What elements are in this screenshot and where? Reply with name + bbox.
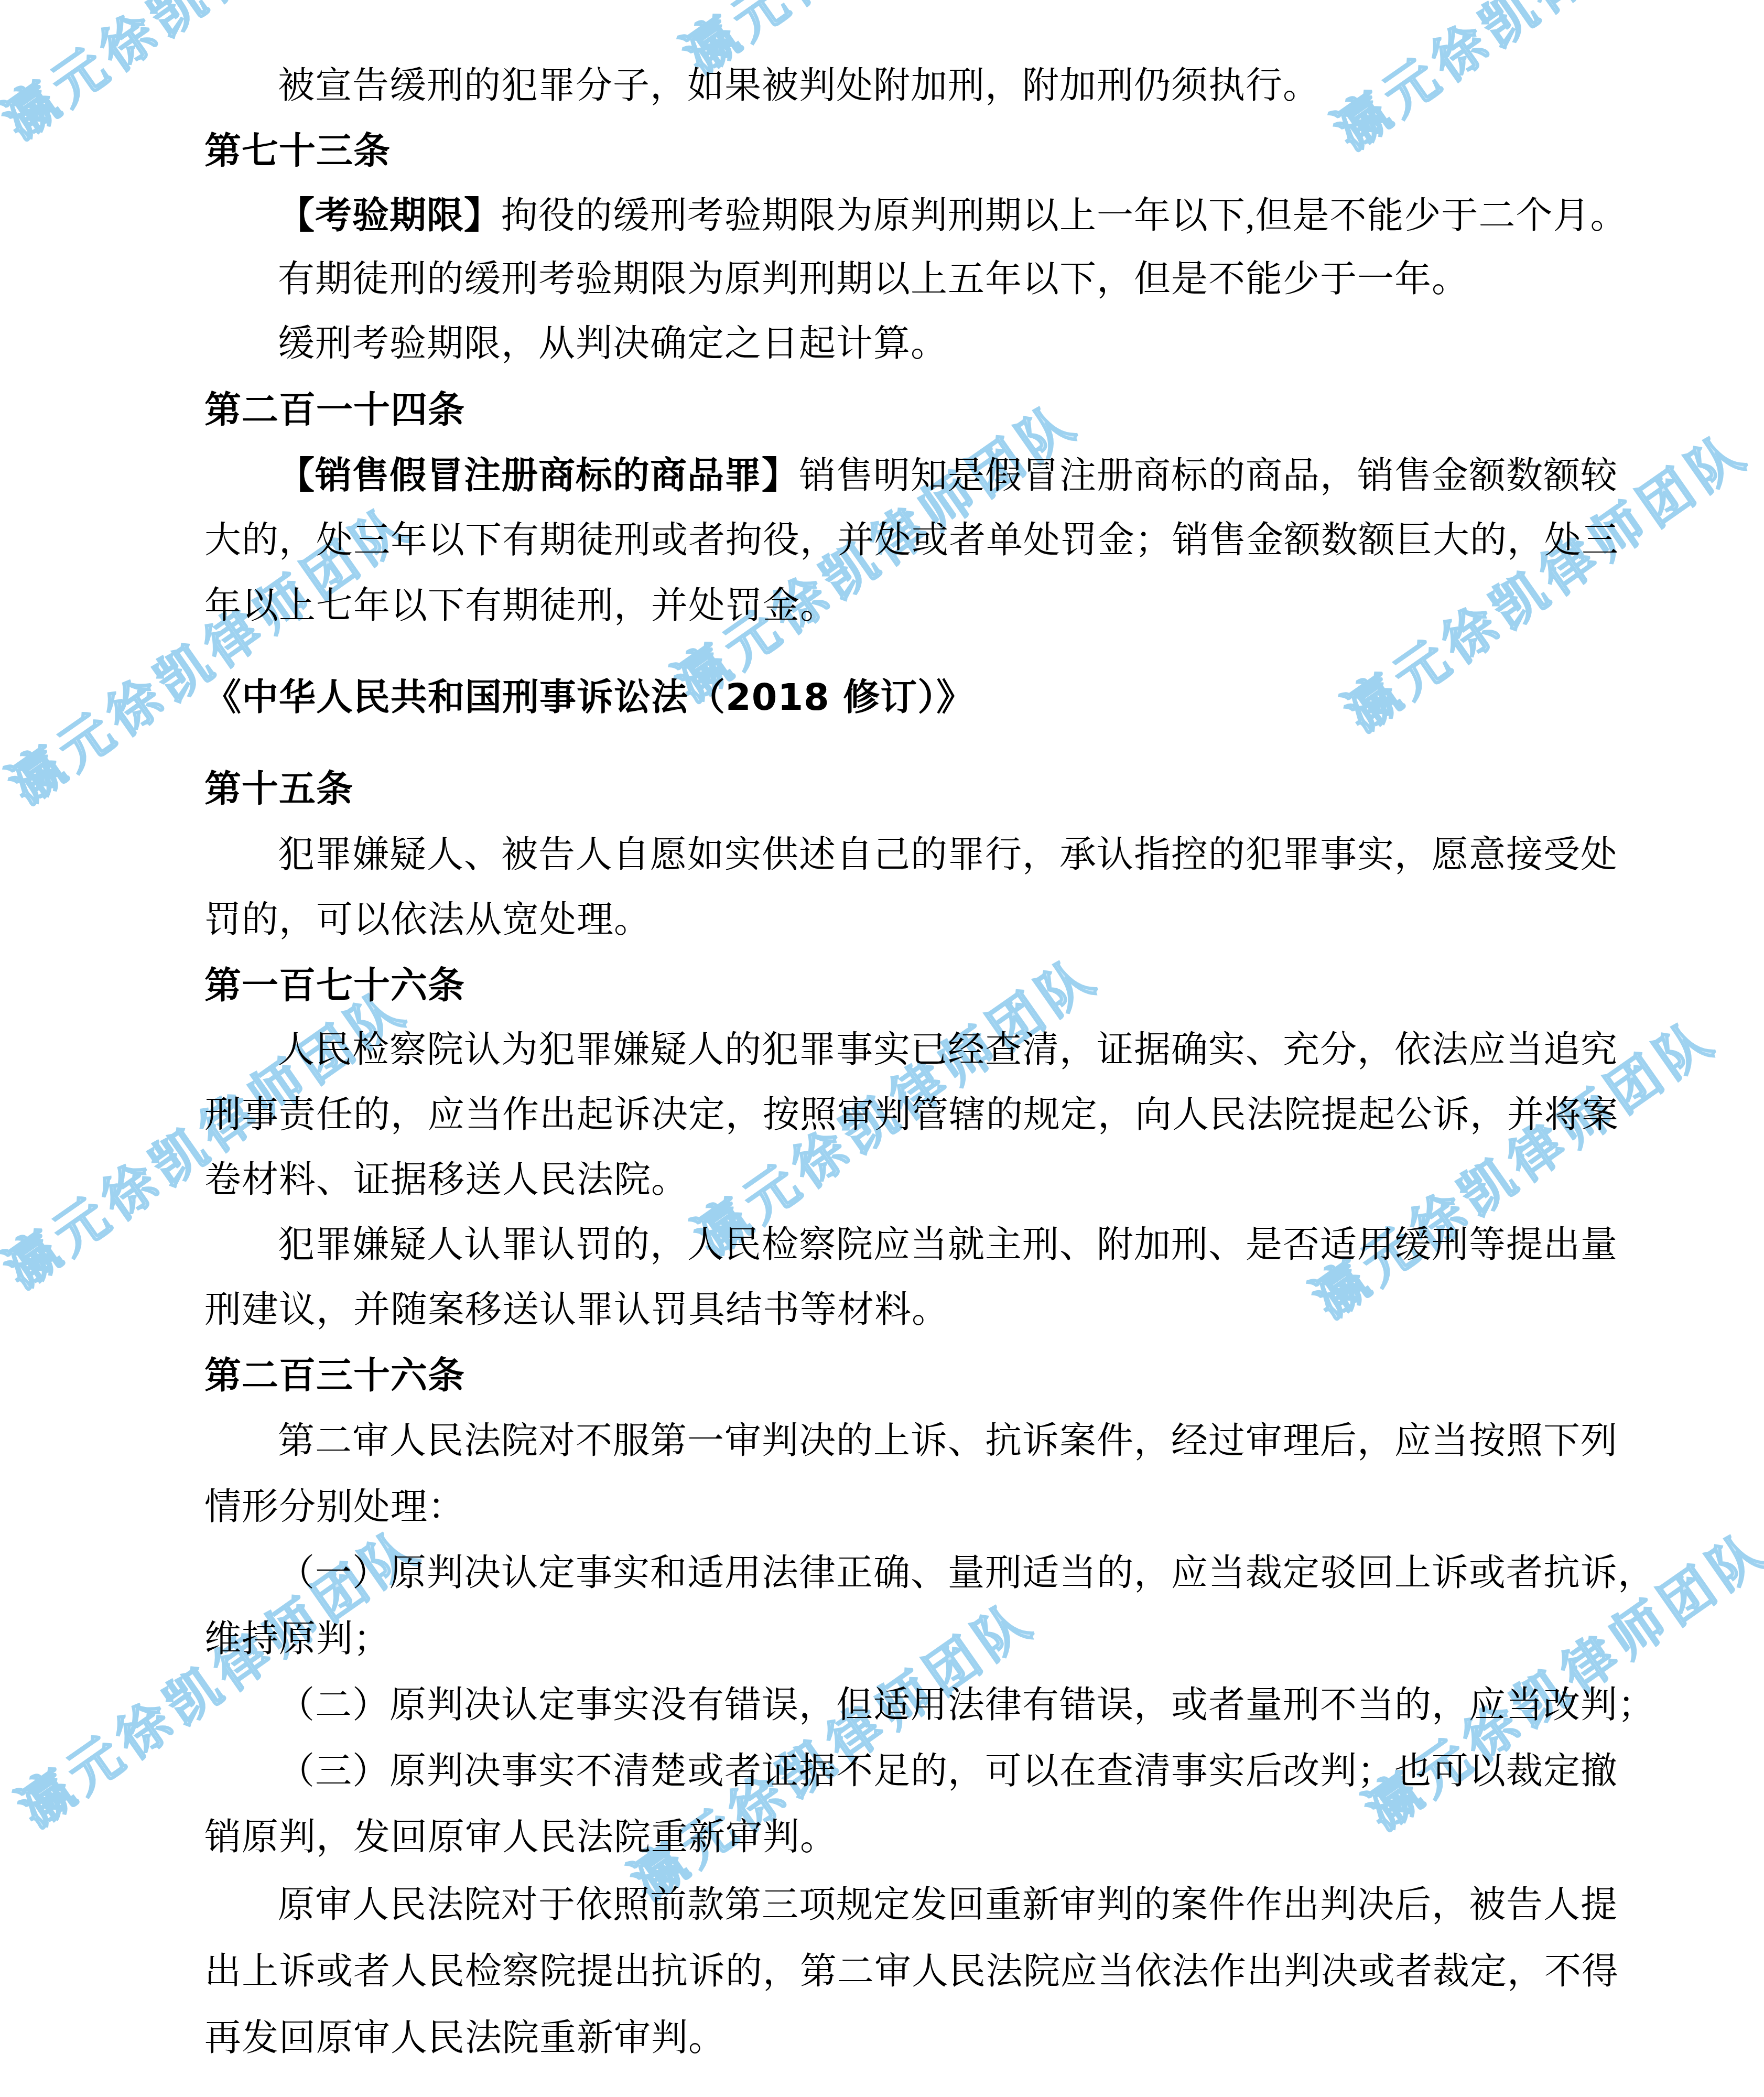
- text-line: 【考验期限】拘役的缓刑考验期限为原判刑期以上一年以下,但是不能少于二个月。: [204, 189, 1704, 242]
- text-line: 维持原判；: [204, 1614, 1630, 1666]
- heading-line: 《中华人民共和国刑事诉讼法（2018 修订）》: [204, 671, 1630, 723]
- text-line: （一）原判决认定事实和适用法律正确、量刑适当的，应当裁定驳回上诉或者抗诉，: [204, 1548, 1704, 1600]
- text-line: 刑事责任的，应当作出起诉决定，按照审判管辖的规定，向人民法院提起公诉，并将案: [204, 1089, 1630, 1142]
- document-lines: 被宣告缓刑的犯罪分子，如果被判处附加刑，附加刑仍须执行。第七十三条【考验期限】拘…: [0, 0, 1764, 2097]
- document-page: 瀛元徐凯律师团队瀛元徐凯律师团队瀛元徐凯律师团队瀛元徐凯律师团队瀛元徐凯律师团队…: [0, 0, 1764, 2097]
- text-line: 情形分别处理：: [204, 1482, 1630, 1534]
- text-line: 有期徒刑的缓刑考验期限为原判刑期以上五年以下，但是不能少于一年。: [204, 254, 1704, 306]
- text-line: 大的，处三年以下有期徒刑或者拘役，并处或者单处罚金；销售金额数额巨大的，处三: [204, 515, 1630, 567]
- text-line: 刑建议，并随案移送认罪认罚具结书等材料。: [204, 1284, 1630, 1337]
- text-line: 卷材料、证据移送人民法院。: [204, 1154, 1630, 1207]
- heading-line: 第二百三十六条: [204, 1349, 1630, 1402]
- heading-line: 第十五条: [204, 763, 1630, 815]
- text-line: 原审人民法院对于依照前款第三项规定发回重新审判的案件作出判决后，被告人提: [204, 1879, 1704, 1932]
- text-line: 出上诉或者人民检察院提出抗诉的，第二审人民法院应当依法作出判决或者裁定，不得: [204, 1946, 1630, 1998]
- text-line: 销原判，发回原审人民法院重新审判。: [204, 1812, 1630, 1864]
- text-line: 第二审人民法院对不服第一审判决的上诉、抗诉案件，经过审理后，应当按照下列: [204, 1415, 1704, 1468]
- text-line: 再发回原审人民法院重新审判。: [204, 2013, 1630, 2065]
- heading-line: 第二百一十四条: [204, 384, 1630, 436]
- text-line: 缓刑考验期限，从判决确定之日起计算。: [204, 318, 1704, 371]
- article-label: 【销售假冒注册商标的商品罪】: [278, 454, 799, 497]
- text-line: 犯罪嫌疑人、被告人自愿如实供述自己的罪行，承认指控的犯罪事实，愿意接受处: [204, 829, 1704, 882]
- text-line: 年以上七年以下有期徒刑，并处罚金。: [204, 580, 1630, 633]
- heading-line: 第七十三条: [204, 125, 1630, 177]
- text-line: （三）原判决事实不清楚或者证据不足的，可以在查清事实后改判；也可以裁定撤: [204, 1746, 1704, 1798]
- text-line: 罚的，可以依法从宽处理。: [204, 894, 1630, 947]
- text-line: 人民检察院认为犯罪嫌疑人的犯罪事实已经查清，证据确实、充分，依法应当追究: [204, 1024, 1704, 1077]
- heading-line: 第一百七十六条: [204, 959, 1630, 1012]
- text-line: （二）原判决认定事实没有错误，但适用法律有错误，或者量刑不当的，应当改判；: [204, 1680, 1704, 1732]
- article-label: 【考验期限】: [278, 194, 501, 237]
- text-line: 犯罪嫌疑人认罪认罚的，人民检察院应当就主刑、附加刑、是否适用缓刑等提出量: [204, 1219, 1704, 1272]
- text-line: 被宣告缓刑的犯罪分子，如果被判处附加刑，附加刑仍须执行。: [204, 60, 1704, 113]
- text-line: 【销售假冒注册商标的商品罪】销售明知是假冒注册商标的商品，销售金额数额较: [204, 449, 1704, 502]
